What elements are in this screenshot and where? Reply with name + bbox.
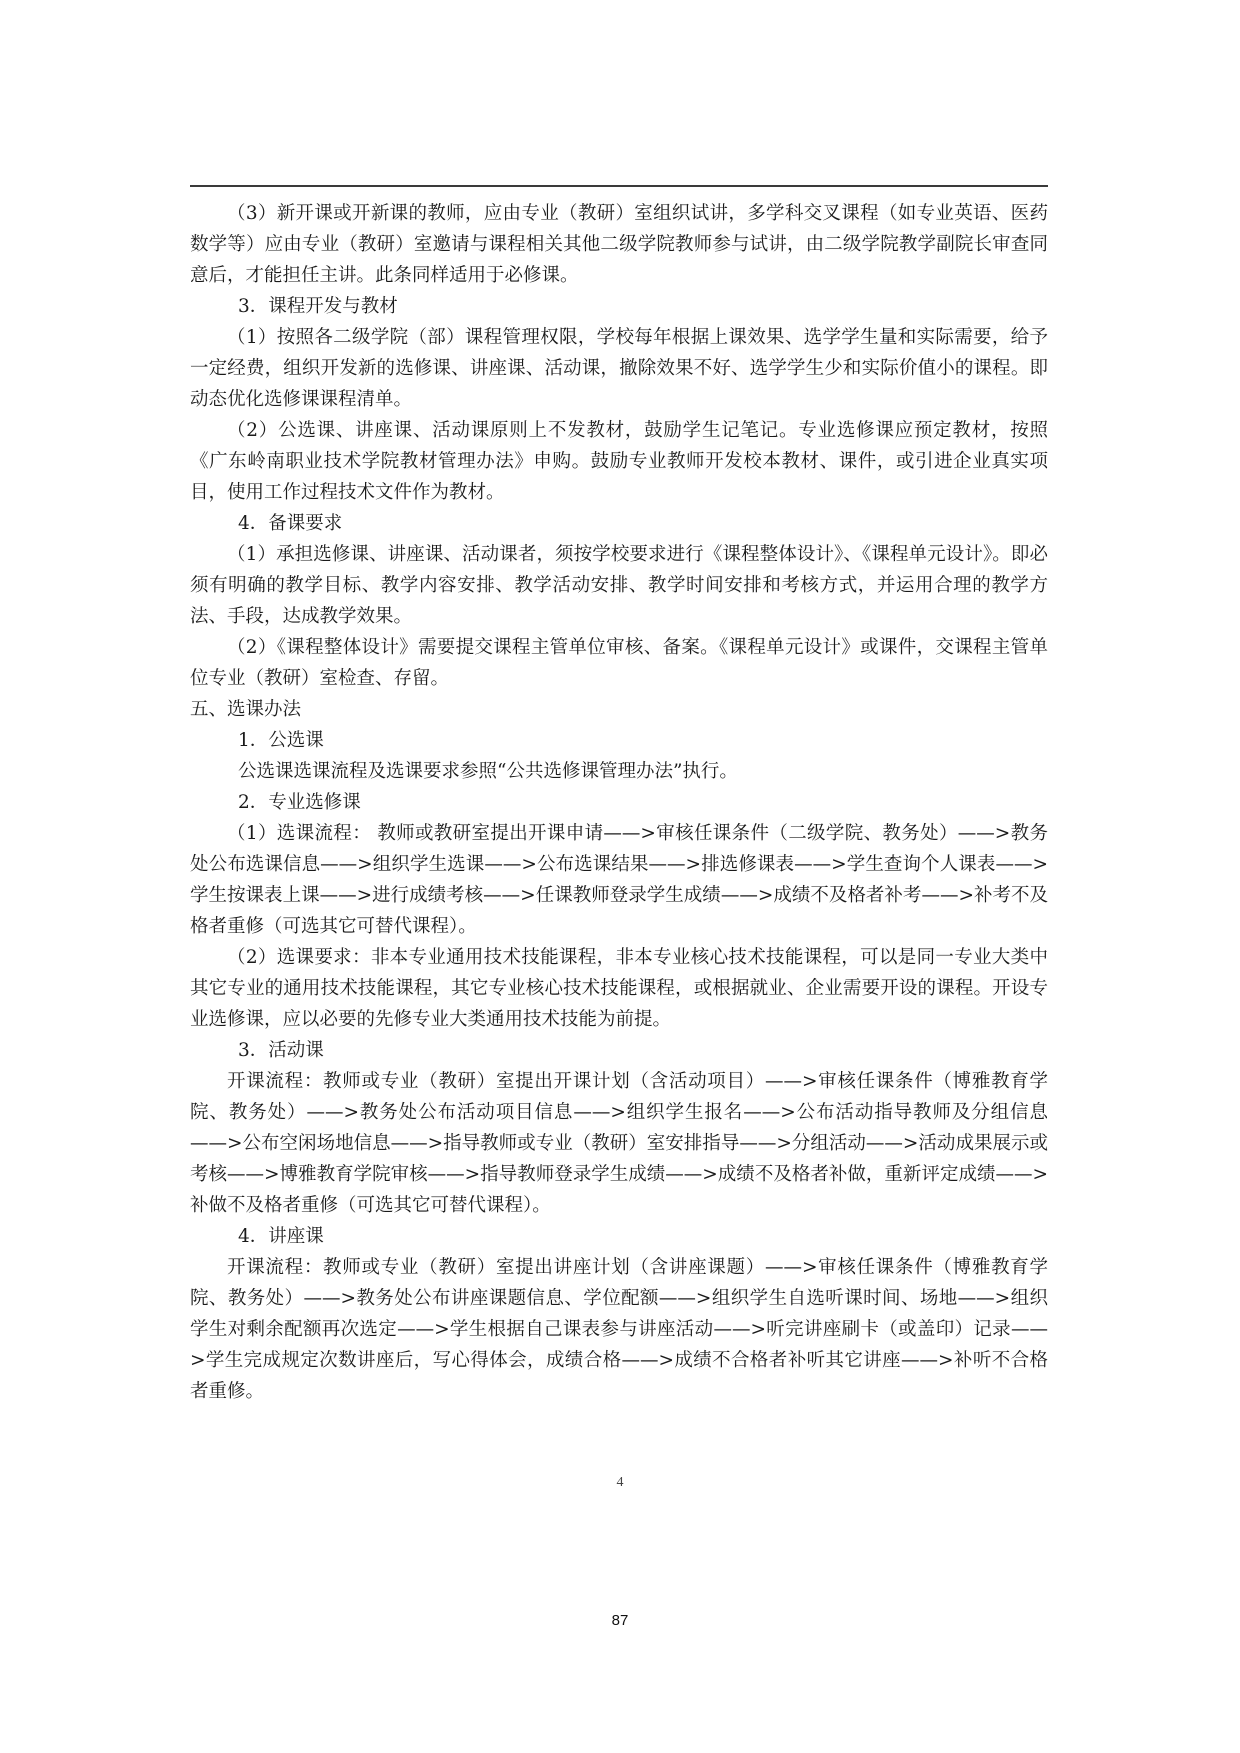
heading-major-elective: 2．专业选修课 — [190, 787, 1048, 818]
heading-course-development: 3．课程开发与教材 — [190, 291, 1048, 322]
document-body: （3）新开课或开新课的教师，应由专业（教研）室组织试讲，多学科交叉课程（如专业英… — [190, 198, 1048, 1407]
header-rule — [190, 185, 1048, 187]
paragraph-activity-course-process: 开课流程：教师或专业（教研）室提出开课计划（含活动项目）——>审核任课条件（博雅… — [190, 1066, 1048, 1221]
paragraph-lesson-prep-1: （1）承担选修课、讲座课、活动课者，须按学校要求进行《课程整体设计》、《课程单元… — [190, 539, 1048, 632]
pdf-page-number: 87 — [0, 1612, 1240, 1629]
heading-public-elective: 1．公选课 — [190, 725, 1048, 756]
paragraph-lesson-prep-2: （2）《课程整体设计》需要提交课程主管单位审核、备案。《课程单元设计》或课件，交… — [190, 632, 1048, 694]
paragraph-course-development-2: （2）公选课、讲座课、活动课原则上不发教材，鼓励学生记笔记。专业选修课应预定教材… — [190, 415, 1048, 508]
paragraph-lecture-course-process: 开课流程：教师或专业（教研）室提出讲座计划（含讲座课题）——>审核任课条件（博雅… — [190, 1252, 1048, 1407]
paragraph-trial-lecture: （3）新开课或开新课的教师，应由专业（教研）室组织试讲，多学科交叉课程（如专业英… — [190, 198, 1048, 291]
heading-activity-course: 3．活动课 — [190, 1035, 1048, 1066]
original-page-number: 4 — [0, 1475, 1240, 1491]
paragraph-course-development-1: （1）按照各二级学院（部）课程管理权限，学校每年根据上课效果、选学学生量和实际需… — [190, 322, 1048, 415]
paragraph-public-elective: 公选课选课流程及选课要求参照“公共选修课管理办法”执行。 — [190, 756, 1048, 787]
document-page: （3）新开课或开新课的教师，应由专业（教研）室组织试讲，多学科交叉课程（如专业英… — [0, 0, 1240, 1753]
paragraph-major-elective-requirements: （2）选课要求：非本专业通用技术技能课程，非本专业核心技术技能课程，可以是同一专… — [190, 942, 1048, 1035]
heading-lesson-prep: 4．备课要求 — [190, 508, 1048, 539]
paragraph-major-elective-process: （1）选课流程： 教师或教研室提出开课申请——>审核任课条件（二级学院、教务处）… — [190, 818, 1048, 942]
heading-lecture-course: 4．讲座课 — [190, 1221, 1048, 1252]
heading-course-selection: 五、选课办法 — [190, 694, 1048, 725]
